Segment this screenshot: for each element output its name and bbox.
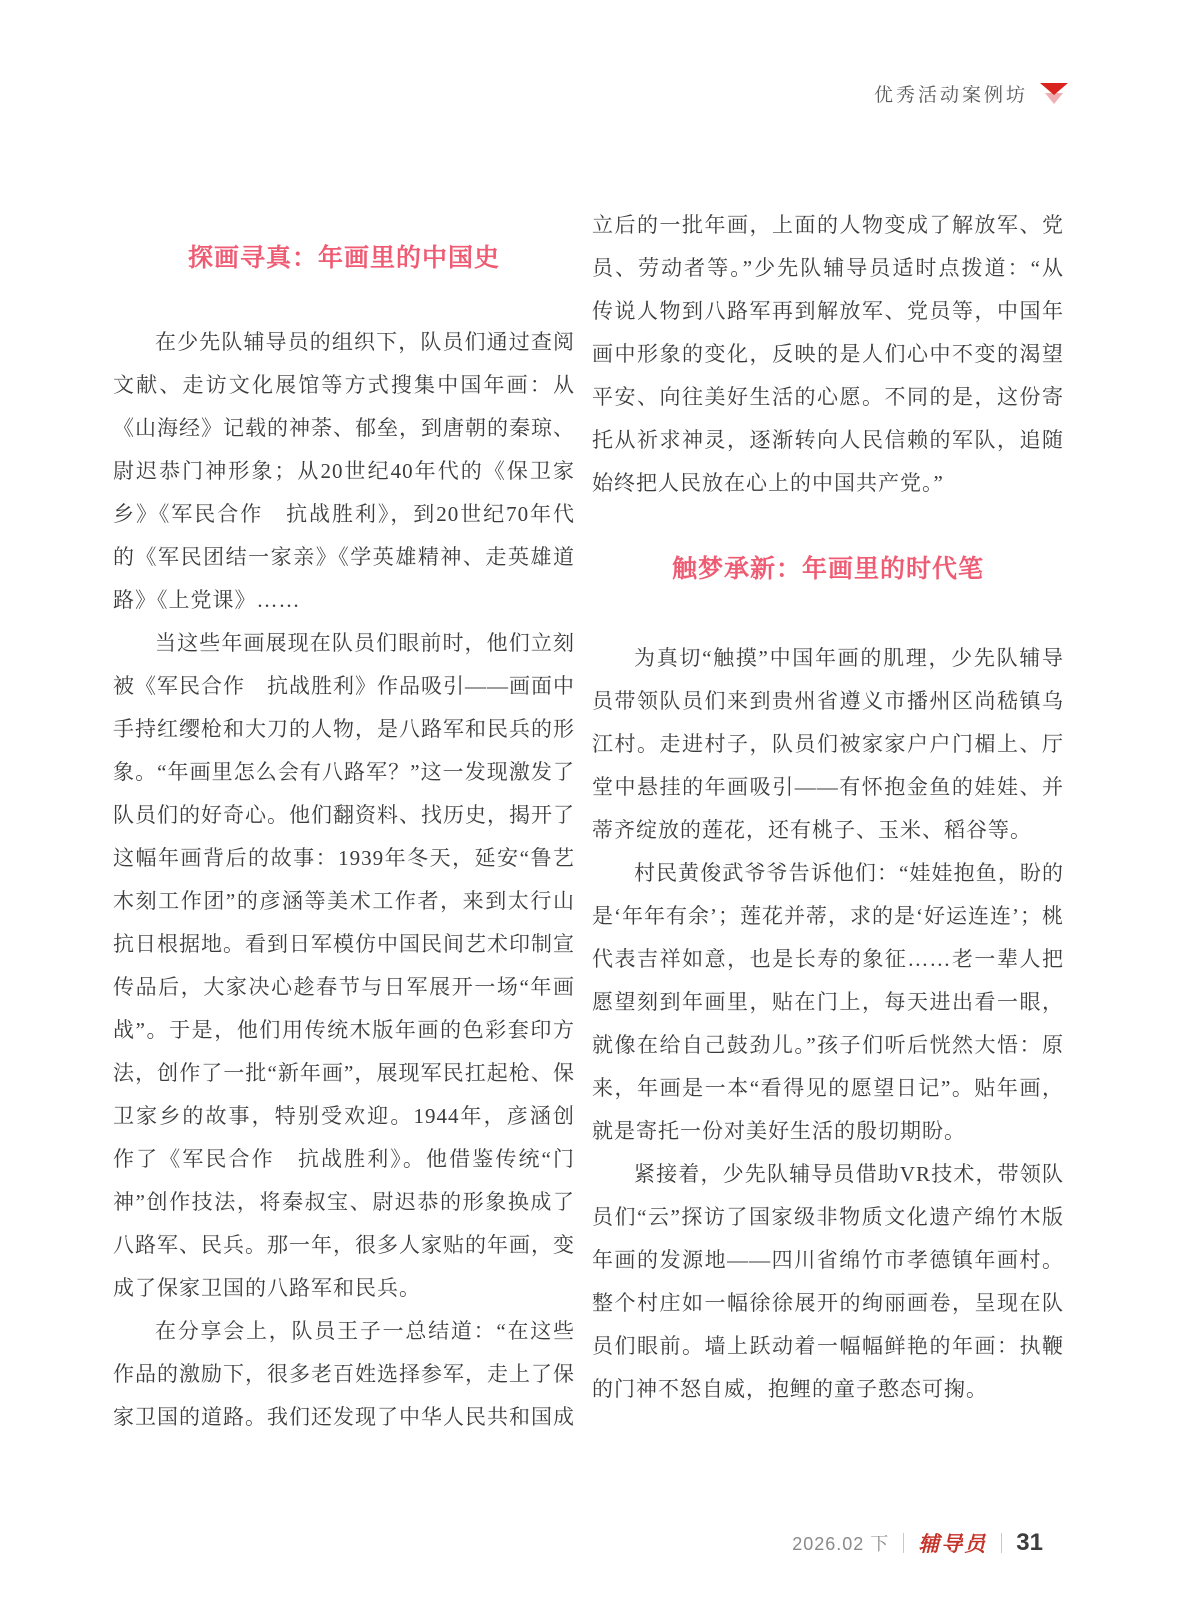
paragraph: 在分享会上，队员王子一总结道：“在这些作品的激励下，很多老百姓选择参军，走上了保… bbox=[113, 1310, 575, 1439]
paragraph: 当这些年画展现在队员们眼前时，他们立刻被《军民合作 抗战胜利》作品吸引——画面中… bbox=[113, 622, 575, 1310]
paragraph: 在少先队辅导员的组织下，队员们通过查阅文献、走访文化展馆等方式搜集中国年画：从《… bbox=[113, 321, 575, 622]
magazine-page: 优秀活动案例坊 探画寻真：年画里的中国史 在少先队辅导员的组织下，队员们通过查阅… bbox=[0, 0, 1200, 1616]
footer-divider bbox=[903, 1533, 904, 1553]
page-footer: 2026.02 下 辅导员 31 bbox=[792, 1528, 1043, 1558]
left-column: 探画寻真：年画里的中国史 在少先队辅导员的组织下，队员们通过查阅文献、走访文化展… bbox=[113, 240, 575, 1439]
paragraph: 紧接着，少先队辅导员借助VR技术，带领队员们“云”探访了国家级非物质文化遗产绵竹… bbox=[592, 1153, 1064, 1411]
section-heading-history: 探画寻真：年画里的中国史 bbox=[113, 240, 575, 276]
paragraph: 村民黄俊武爷爷告诉他们：“娃娃抱鱼，盼的是‘年年有余’；莲花并蒂，求的是‘好运连… bbox=[592, 852, 1064, 1153]
page-header: 优秀活动案例坊 bbox=[874, 80, 1068, 107]
paragraph-continuation: 立后的一批年画，上面的人物变成了解放军、党员、劳动者等。”少先队辅导员适时点拨道… bbox=[592, 204, 1064, 505]
paragraph: 为真切“触摸”中国年画的肌理，少先队辅导员带领队员们来到贵州省遵义市播州区尚嵇镇… bbox=[592, 637, 1064, 852]
footer-divider bbox=[1001, 1533, 1002, 1553]
red-down-triangle-icon bbox=[1040, 83, 1068, 105]
right-column: 立后的一批年画，上面的人物变成了解放军、党员、劳动者等。”少先队辅导员适时点拨道… bbox=[592, 204, 1064, 1411]
page-number: 31 bbox=[1016, 1529, 1043, 1557]
section-heading-era: 触梦承新：年画里的时代笔 bbox=[592, 551, 1064, 587]
magazine-logo: 辅导员 bbox=[918, 1528, 987, 1558]
section-header-label: 优秀活动案例坊 bbox=[874, 80, 1028, 107]
issue-date: 2026.02 下 bbox=[792, 1530, 889, 1556]
